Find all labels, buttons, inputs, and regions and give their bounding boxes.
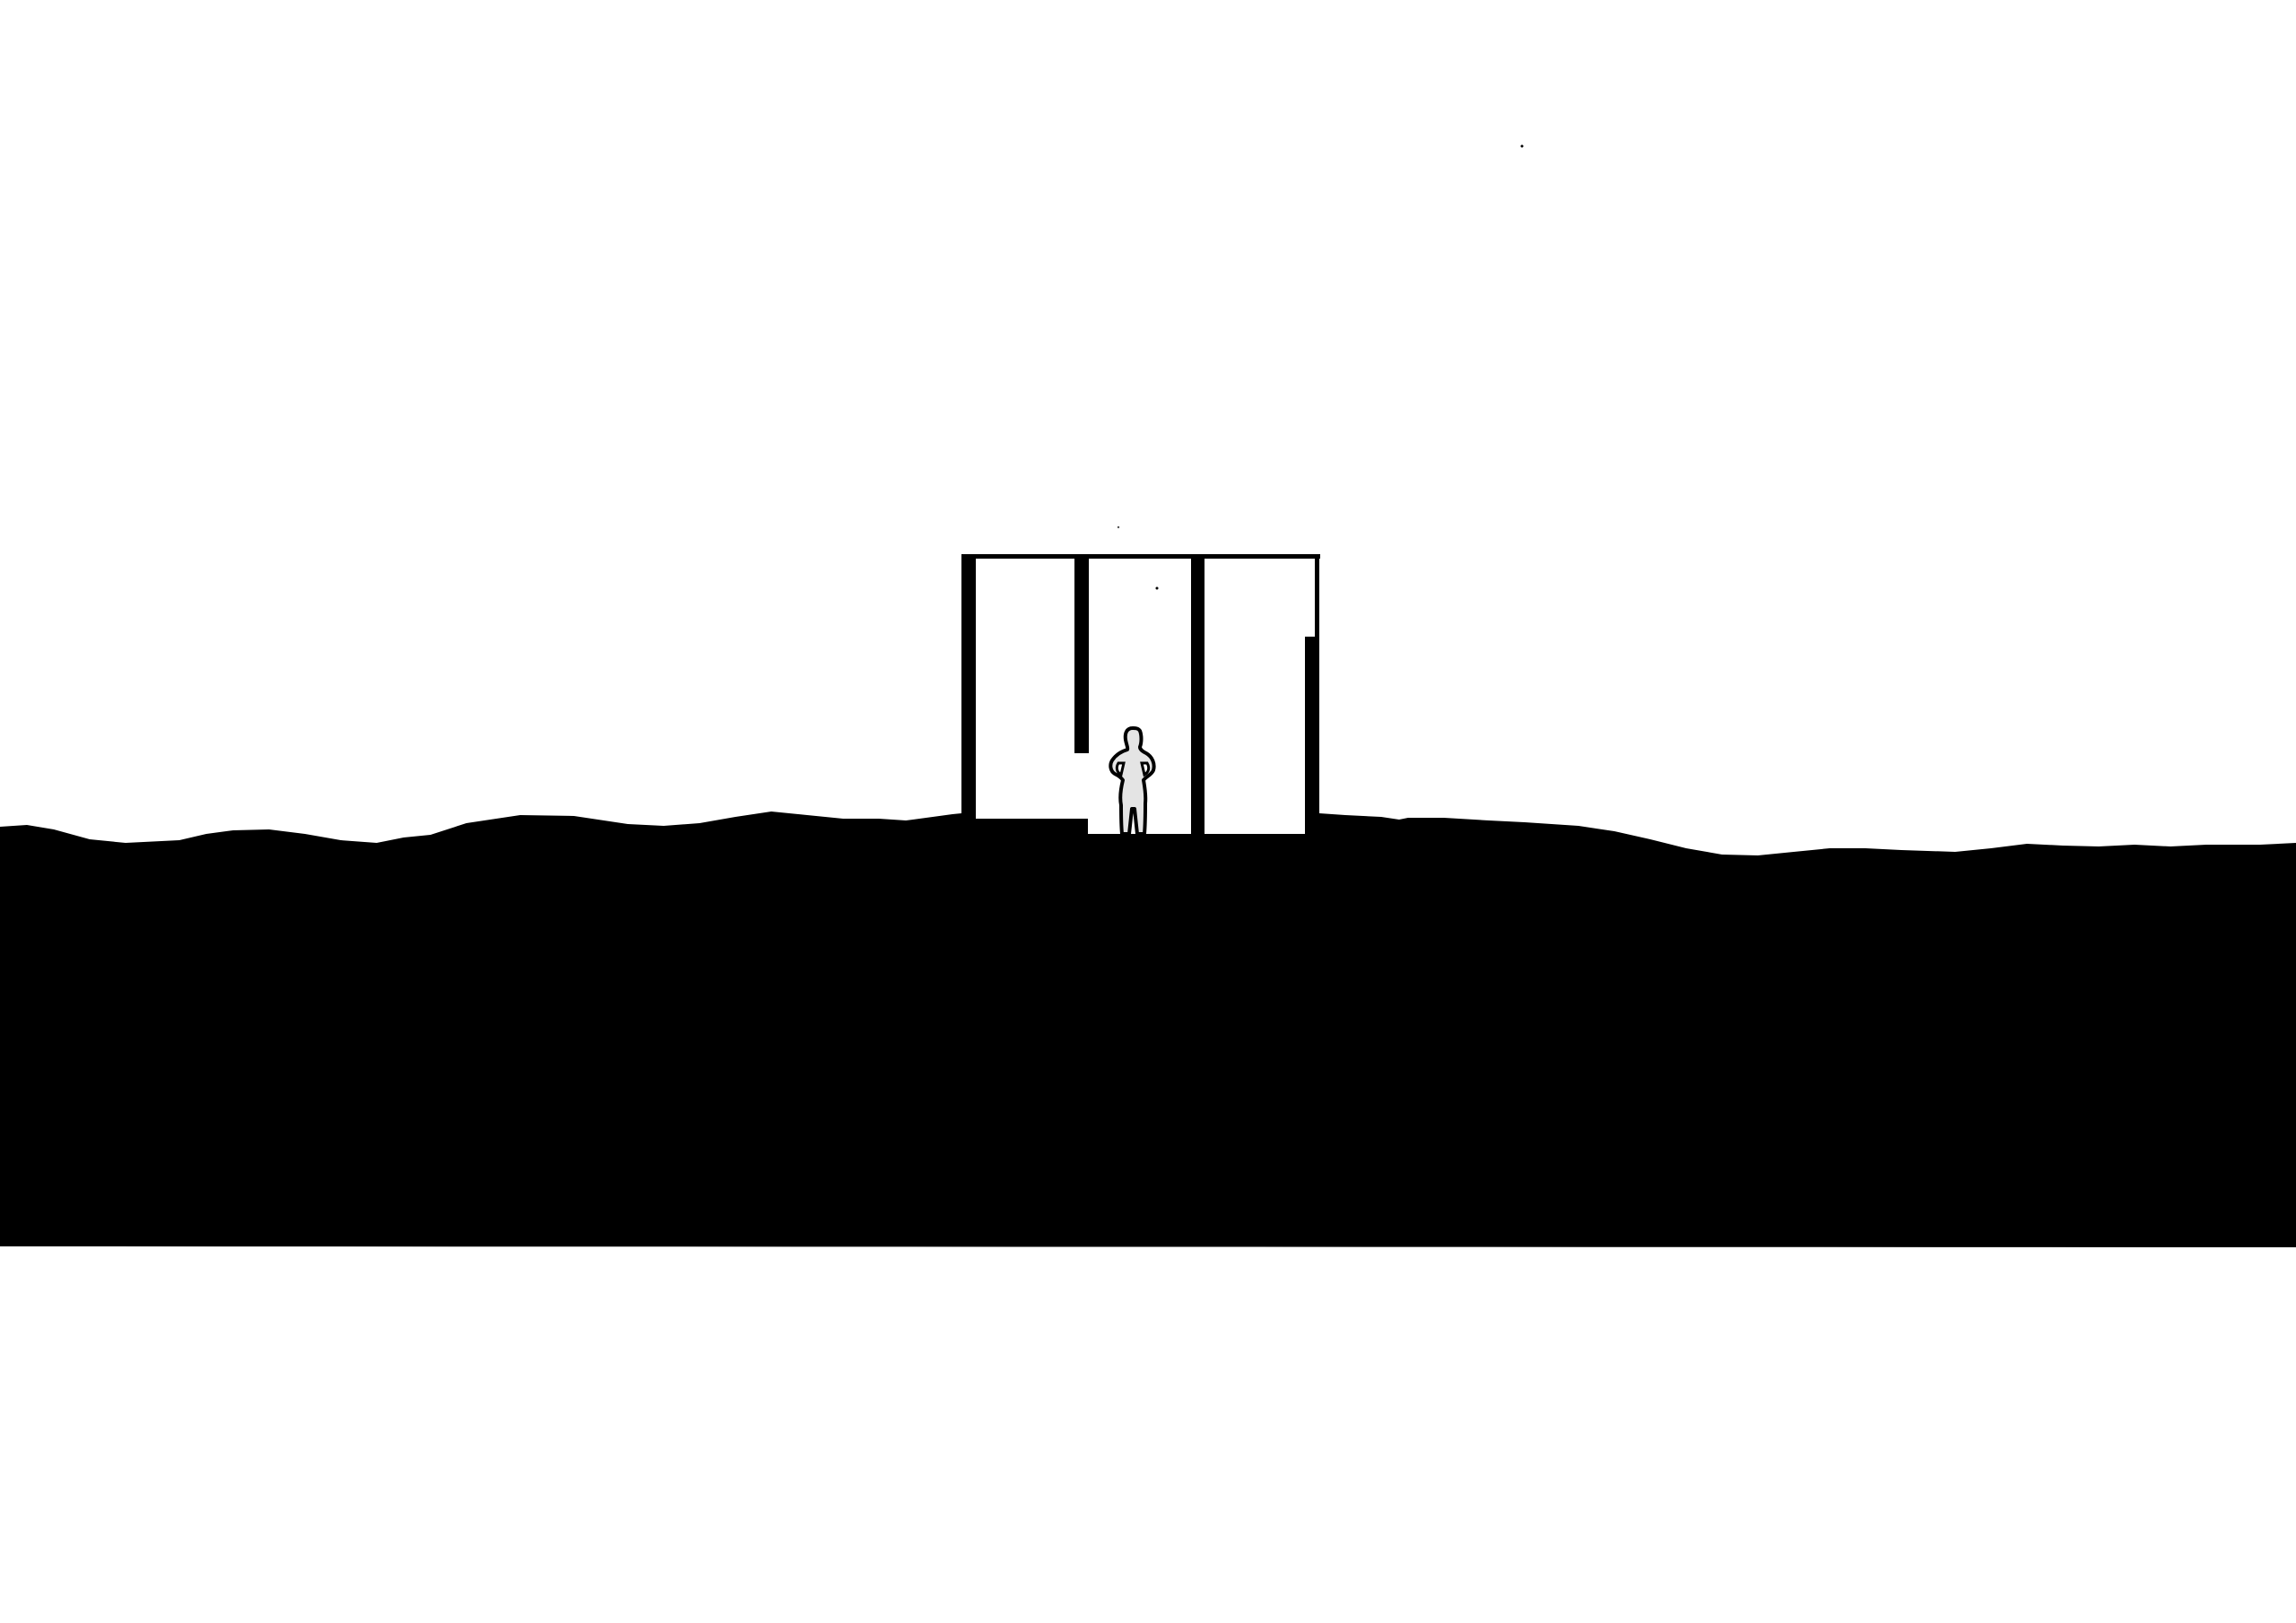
left-wall	[961, 554, 976, 825]
figure-left-arm-gap	[1117, 763, 1124, 775]
figure-right-arm-gap	[1142, 763, 1149, 775]
partition-1	[1074, 554, 1089, 753]
right-wall-upper	[1315, 554, 1319, 639]
speck	[1521, 145, 1524, 148]
section-drawing	[0, 0, 2296, 1623]
speck	[1118, 526, 1119, 528]
right-wall-lower	[1305, 637, 1319, 834]
roof-slab	[961, 554, 1320, 559]
paper-background	[0, 0, 2296, 1623]
partition-2	[1191, 554, 1205, 834]
ground-mass	[0, 811, 2296, 1247]
speck	[1156, 587, 1159, 590]
